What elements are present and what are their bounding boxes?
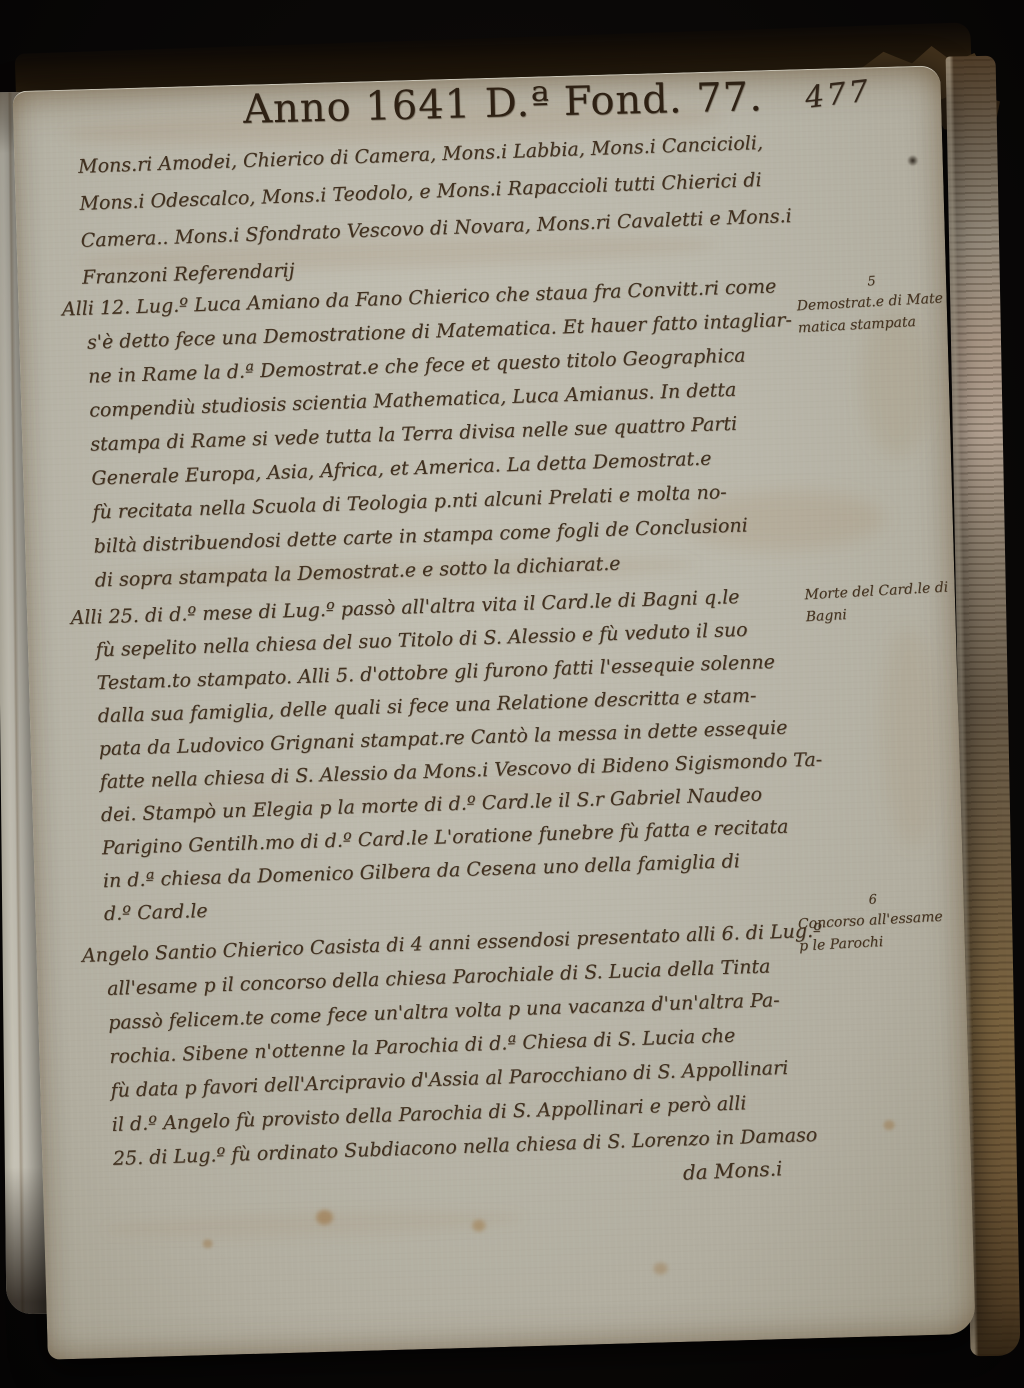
foxing-spot [653, 1262, 667, 1274]
foxing-spot [316, 1210, 333, 1225]
margin-note-morte-bagni: Morte del Card.le diBagni [804, 576, 958, 628]
foxing-spot [203, 1239, 213, 1248]
margin-note-concorso: 6 Concorso all'essamep le Parochi [796, 888, 951, 957]
catchword: da Mons.i [682, 1156, 783, 1184]
margin-note-demostratione: 5 Demostrat.e di Matematica stampata [795, 270, 950, 339]
folio-number: 477 [803, 73, 873, 115]
margin-note-text: Concorso all'essamep le Parochi [797, 905, 951, 957]
margin-note-text: Morte del Card.le diBagni [804, 576, 958, 628]
paragraph-card-bagni: Alli 25. di d.º mese di Lug.º passò all'… [70, 579, 827, 932]
margin-note-text: Demostrat.e di Matematica stampata [796, 287, 950, 339]
paragraph-monsignori-list: Mons.ri Amodei, Chierico di Camera, Mons… [78, 124, 794, 297]
foxing-spot [472, 1219, 485, 1231]
stain-smudge [104, 1206, 525, 1242]
ink-dot [907, 155, 919, 166]
manuscript-photo: Anno 1641 D.ª Fond. 77. 477 Mons.ri Amod… [0, 0, 1024, 1388]
paragraph-luca-amiano: Alli 12. Lug.º Luca Amiano da Fano Chier… [61, 269, 800, 598]
foxing-spot [884, 1120, 895, 1130]
paragraph-angelo-santio: Angelo Santio Chierico Casista di 4 anni… [81, 914, 829, 1177]
stain-smudge [878, 627, 944, 849]
manuscript-page: Anno 1641 D.ª Fond. 77. 477 Mons.ri Amod… [12, 65, 975, 1359]
